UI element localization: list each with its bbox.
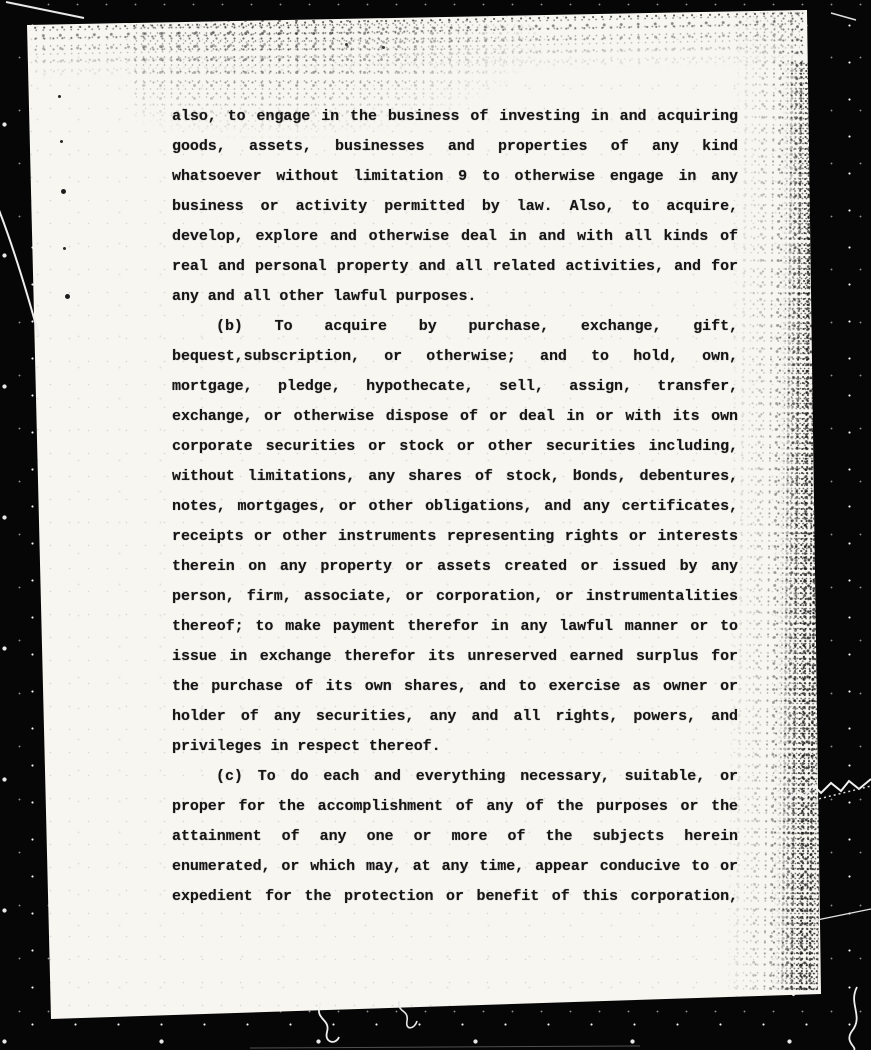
text-line: expedient for the protection or benefit …: [172, 882, 738, 912]
scratch-line-top-right: [831, 13, 856, 20]
scanned-document-screenshot: also, to engage in the business of inves…: [0, 0, 871, 1050]
text-line: the purchase of its own shares, and to e…: [172, 672, 738, 702]
text-line: enumerated, or which may, at any time, a…: [172, 852, 738, 882]
text-line: also, to engage in the business of inves…: [172, 102, 738, 132]
text-line: attainment of any one or more of the sub…: [172, 822, 738, 852]
text-line: therein on any property or assets create…: [172, 552, 738, 582]
text-line: notes, mortgages, or other obligations, …: [172, 492, 738, 522]
text-line: mortgage, pledge, hypothecate, sell, ass…: [172, 372, 738, 402]
ink-speck-dots: [58, 95, 61, 98]
toner-noise-right-dense-band: [773, 60, 828, 990]
text-line: issue in exchange therefor its unreserve…: [172, 642, 738, 672]
text-block: also, to engage in the business of inves…: [172, 102, 738, 912]
scratch-line-bottom-right: [812, 909, 871, 921]
text-line: exchange, or otherwise dispose of or dea…: [172, 402, 738, 432]
text-line: proper for the accomplishment of any of …: [172, 792, 738, 822]
text-line: (b) To acquire by purchase, exchange, gi…: [172, 312, 738, 342]
text-line: (c) To do each and everything necessary,…: [172, 762, 738, 792]
scratch-line-top-left: [6, 2, 84, 18]
text-line: holder of any securities, any and all ri…: [172, 702, 738, 732]
text-line: corporate securities or stock or other s…: [172, 432, 738, 462]
text-line: goods, assets, businesses and properties…: [172, 132, 738, 162]
text-line: any and all other lawful purposes.: [172, 282, 738, 312]
text-line: business or activity permitted by law. A…: [172, 192, 738, 222]
text-line: person, firm, associate, or corporation,…: [172, 582, 738, 612]
paper-sheet: also, to engage in the business of inves…: [0, 0, 871, 1050]
text-line: privileges in respect thereof.: [172, 732, 738, 762]
text-line: real and personal property and all relat…: [172, 252, 738, 282]
text-line: without limitations, any shares of stock…: [172, 462, 738, 492]
text-line: bequest,subscription, or otherwise; and …: [172, 342, 738, 372]
crack-wavy-bottom-right-edge: [849, 987, 857, 1050]
text-line: thereof; to make payment therefor in any…: [172, 612, 738, 642]
scanner-bed-edge-line: [250, 1046, 640, 1048]
text-line: whatsoever without limitation 9 to other…: [172, 162, 738, 192]
text-line: receipts or other instruments representi…: [172, 522, 738, 552]
text-line: develop, explore and otherwise deal in a…: [172, 222, 738, 252]
